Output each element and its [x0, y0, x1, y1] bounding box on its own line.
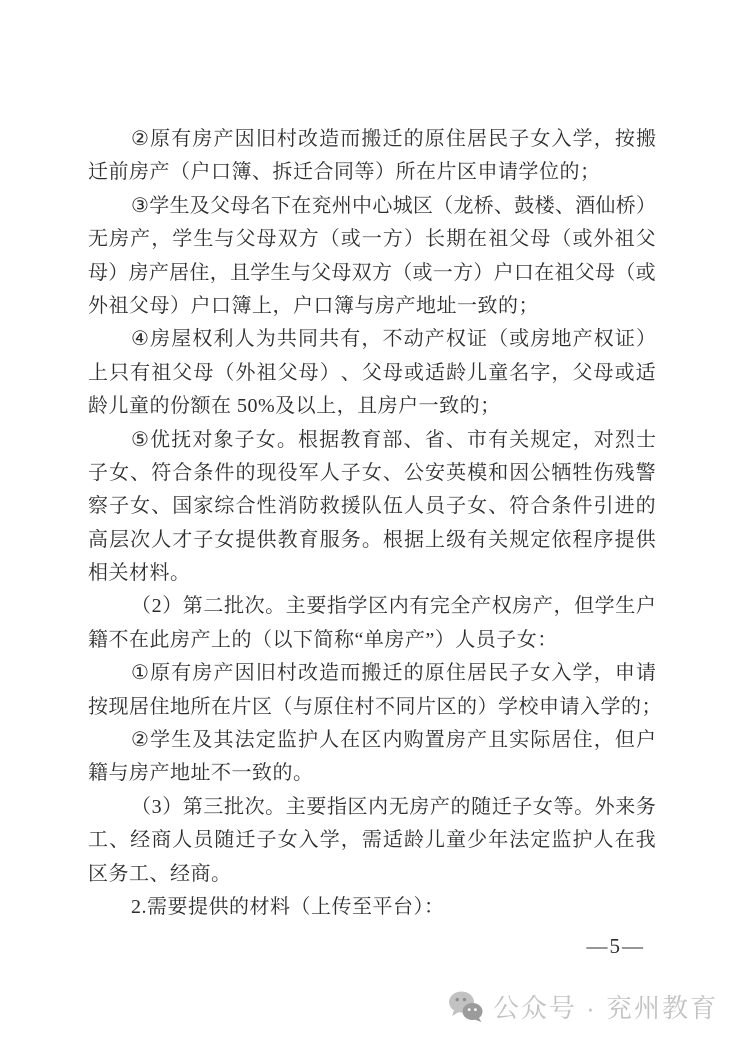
- paragraph: ④房屋权利人为共同共有，不动产权证（或房地产权证）上只有祖父母（外祖父母）、父母…: [88, 323, 656, 423]
- text-line: 工、经商人员随迁子女入学，需适龄儿童少年法定监护人在我: [88, 824, 656, 857]
- text-line: ⑤优抚对象子女。根据教育部、省、市有关规定，对烈士: [88, 424, 656, 457]
- document-page: ②原有房产因旧村改造而搬迁的原住居民子女入学，按搬迁前房产（户口簿、拆迁合同等）…: [0, 0, 740, 1038]
- text-line: 迁前房产（户口簿、拆迁合同等）所在片区申请学位的；: [88, 156, 656, 189]
- text-line: 龄儿童的份额在 50%及以上，且房户一致的；: [88, 390, 656, 423]
- text-line: 籍不在此房产上的（以下简称“单房产”）人员子女：: [88, 624, 656, 657]
- paragraph: 2.需要提供的材料（上传至平台）：: [88, 891, 656, 924]
- text-line: 上只有祖父母（外祖父母）、父母或适龄儿童名字，父母或适: [88, 357, 656, 390]
- paragraph: ③学生及父母名下在兖州中心城区（龙桥、鼓楼、酒仙桥）无房产，学生与父母双方（或一…: [88, 190, 656, 324]
- text-line: ②原有房产因旧村改造而搬迁的原住居民子女入学，按搬: [88, 123, 656, 156]
- text-line: 按现居住地所在片区（与原住村不同片区的）学校申请入学的；: [88, 691, 656, 724]
- document-body: ②原有房产因旧村改造而搬迁的原住居民子女入学，按搬迁前房产（户口簿、拆迁合同等）…: [88, 123, 656, 924]
- text-line: 母）房产居住，且学生与父母双方（或一方）户口在祖父母（或: [88, 257, 656, 290]
- text-line: 籍与房产地址不一致的。: [88, 757, 656, 790]
- text-line: 2.需要提供的材料（上传至平台）：: [88, 891, 656, 924]
- text-line: ①原有房产因旧村改造而搬迁的原住居民子女入学，申请: [88, 657, 656, 690]
- paragraph: ②学生及其法定监护人在区内购置房产且实际居住，但户籍与房产地址不一致的。: [88, 724, 656, 791]
- wechat-watermark: 公众号 · 兖州教育: [448, 988, 718, 1025]
- text-line: 无房产，学生与父母双方（或一方）长期在祖父母（或外祖父: [88, 223, 656, 256]
- paragraph: ②原有房产因旧村改造而搬迁的原住居民子女入学，按搬迁前房产（户口簿、拆迁合同等）…: [88, 123, 656, 190]
- paragraph: （2）第二批次。主要指学区内有完全产权房产，但学生户籍不在此房产上的（以下简称“…: [88, 590, 656, 657]
- text-line: ④房屋权利人为共同共有，不动产权证（或房地产权证）: [88, 323, 656, 356]
- text-line: 外祖父母）户口簿上，户口簿与房产地址一致的；: [88, 290, 656, 323]
- page-number: —5—: [587, 934, 646, 959]
- wechat-account-label: 公众号 · 兖州教育: [493, 988, 718, 1025]
- text-line: 子女、符合条件的现役军人子女、公安英模和因公牺牲伤残警: [88, 457, 656, 490]
- text-line: 高层次人才子女提供教育服务。根据上级有关规定依程序提供: [88, 524, 656, 557]
- wechat-icon: [448, 991, 484, 1022]
- text-line: 察子女、国家综合性消防救援队伍人员子女、符合条件引进的: [88, 490, 656, 523]
- text-line: 相关材料。: [88, 557, 656, 590]
- text-line: 区务工、经商。: [88, 858, 656, 891]
- text-line: ②学生及其法定监护人在区内购置房产且实际居住，但户: [88, 724, 656, 757]
- text-line: ③学生及父母名下在兖州中心城区（龙桥、鼓楼、酒仙桥）: [88, 190, 656, 223]
- text-line: （2）第二批次。主要指学区内有完全产权房产，但学生户: [88, 590, 656, 623]
- paragraph: （3）第三批次。主要指区内无房产的随迁子女等。外来务工、经商人员随迁子女入学，需…: [88, 791, 656, 891]
- paragraph: ①原有房产因旧村改造而搬迁的原住居民子女入学，申请按现居住地所在片区（与原住村不…: [88, 657, 656, 724]
- paragraph: ⑤优抚对象子女。根据教育部、省、市有关规定，对烈士子女、符合条件的现役军人子女、…: [88, 424, 656, 591]
- text-line: （3）第三批次。主要指区内无房产的随迁子女等。外来务: [88, 791, 656, 824]
